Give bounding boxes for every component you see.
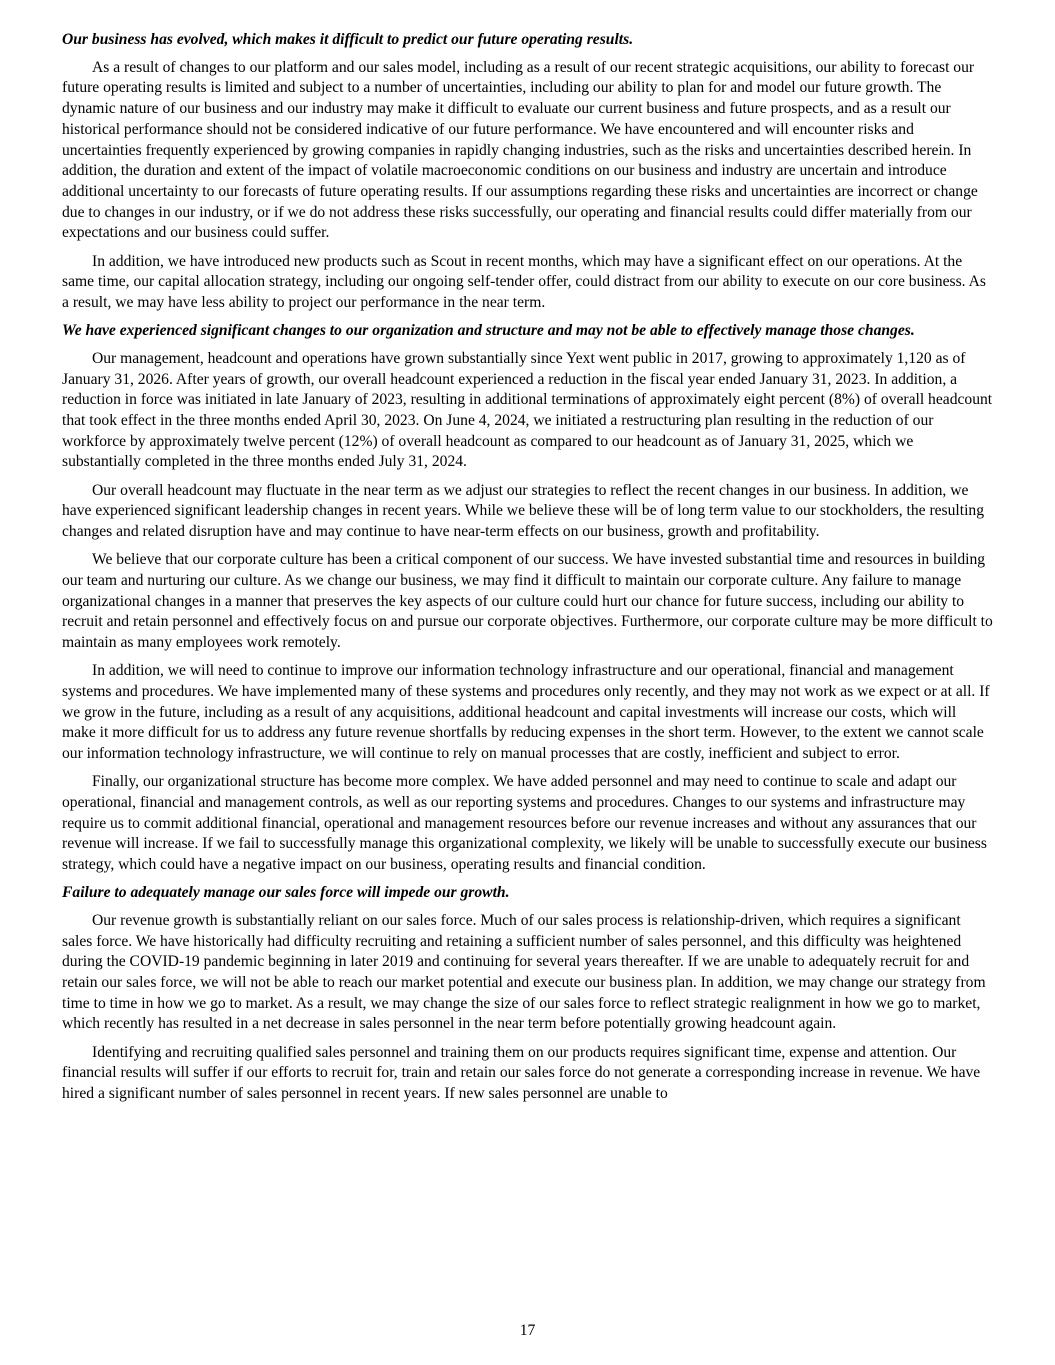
section-business-evolved: Our business has evolved, which makes it… [62, 30, 993, 314]
section-organization-changes: We have experienced significant changes … [62, 321, 993, 876]
paragraph: We believe that our corporate culture ha… [62, 550, 993, 654]
document-page: Our business has evolved, which makes it… [62, 30, 993, 1112]
paragraph: As a result of changes to our platform a… [62, 58, 993, 244]
section-sales-force: Failure to adequately manage our sales f… [62, 883, 993, 1105]
section-heading: We have experienced significant changes … [62, 321, 993, 342]
paragraph: Our revenue growth is substantially reli… [62, 911, 993, 1035]
paragraph: In addition, we have introduced new prod… [62, 252, 993, 314]
paragraph: Finally, our organizational structure ha… [62, 772, 993, 876]
paragraph: Our management, headcount and operations… [62, 349, 993, 473]
paragraph: Our overall headcount may fluctuate in t… [62, 481, 993, 543]
paragraph: Identifying and recruiting qualified sal… [62, 1043, 993, 1105]
section-heading: Failure to adequately manage our sales f… [62, 883, 993, 904]
page-number: 17 [0, 1322, 1055, 1340]
section-heading: Our business has evolved, which makes it… [62, 30, 993, 51]
paragraph: In addition, we will need to continue to… [62, 661, 993, 765]
